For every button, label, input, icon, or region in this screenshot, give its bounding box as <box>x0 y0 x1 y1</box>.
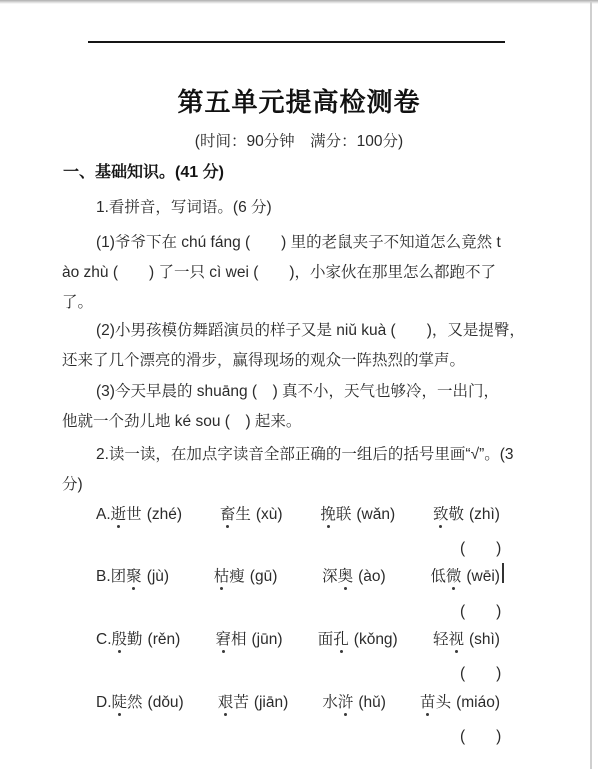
answer-blank-d[interactable]: ( ) <box>460 724 501 746</box>
dotted-char: 聚 <box>126 564 142 586</box>
option-word: D.陡然(dǒu) <box>96 690 184 712</box>
option-label: D. <box>96 694 112 711</box>
q1-prompt: 1.看拼音，写词语。(6 分) <box>96 195 272 217</box>
page-subtitle: (时间：90分钟 满分：100分) <box>0 129 598 151</box>
pinyin-text: (rěn) <box>148 631 181 648</box>
option-word: 畜生(xù) <box>220 502 283 524</box>
text-cursor <box>502 563 504 583</box>
option-word: C.殷勤(rěn) <box>96 627 180 649</box>
dotted-char: 微 <box>446 564 462 586</box>
word-text: 然 <box>127 694 143 711</box>
word-text: 面 <box>318 631 334 648</box>
option-row-b: B.团聚(jù) 枯瘦(gū) 深奥(ào) 低微(wēi) <box>96 564 500 586</box>
dotted-char: 窘 <box>215 627 231 649</box>
pinyin-text: (wǎn) <box>356 506 395 523</box>
dotted-char: 孔 <box>333 627 349 649</box>
section-heading: 一、基础知识。(41 分) <box>63 159 224 182</box>
pinyin-text: (zhì) <box>469 506 500 523</box>
dotted-char: 苗 <box>420 690 436 712</box>
window-top-edge <box>0 0 598 4</box>
option-word: 致敬(zhì) <box>433 502 500 524</box>
pinyin-text: (gū) <box>250 568 278 585</box>
dotted-char: 挽 <box>320 502 336 524</box>
dotted-char: 致 <box>433 502 449 524</box>
word-text: 团 <box>111 568 127 585</box>
pinyin-text: (jù) <box>147 568 169 585</box>
pinyin-text: (jūn) <box>252 631 283 648</box>
word-text: 头 <box>436 694 452 711</box>
page-title: 第五单元提高检测卷 <box>0 82 598 119</box>
word-text: 联 <box>336 506 352 523</box>
pinyin-text: (jiān) <box>254 694 288 711</box>
document-page[interactable]: 第五单元提高检测卷 (时间：90分钟 满分：100分) 一、基础知识。(41 分… <box>0 0 598 769</box>
word-text: 水 <box>322 694 338 711</box>
q1-para2-line1: (2)小男孩模仿舞蹈演员的样子又是 niǔ kuà ( )，又是提臀， <box>96 318 525 340</box>
option-word: A.逝世(zhé) <box>96 502 182 524</box>
option-row-a: A.逝世(zhé) 畜生(xù) 挽联(wǎn) 致敬(zhì) <box>96 502 500 524</box>
pinyin-text: (wēi) <box>466 568 500 585</box>
option-word: 苗头(miáo) <box>420 690 500 712</box>
pinyin-text: (shì) <box>469 631 500 648</box>
dotted-char: 浒 <box>338 690 354 712</box>
pinyin-text: (ào) <box>358 568 386 585</box>
dotted-char: 视 <box>448 627 464 649</box>
word-text: 世 <box>126 506 142 523</box>
option-word: 挽联(wǎn) <box>320 502 395 524</box>
dotted-char: 畜 <box>220 502 236 524</box>
pinyin-text: (dǒu) <box>148 694 184 711</box>
option-word: 枯瘦(gū) <box>214 564 278 586</box>
option-word: 深奥(ào) <box>322 564 386 586</box>
word-text: 深 <box>322 568 338 585</box>
q2-prompt-line1: 2.读一读，在加点字读音全部正确的一组后的括号里画“√”。(3 <box>96 442 514 464</box>
answer-blank-a[interactable]: ( ) <box>460 536 501 558</box>
word-text: 瘦 <box>229 568 245 585</box>
dotted-char: 奥 <box>338 564 354 586</box>
option-word: 低微(wēi) <box>430 564 500 586</box>
option-word: 艰苦(jiān) <box>218 690 288 712</box>
dotted-char: 陡 <box>112 690 128 712</box>
dotted-char: 逝 <box>111 502 127 524</box>
dotted-char: 艰 <box>218 690 234 712</box>
q1-para2-line2: 还来了几个漂亮的滑步，赢得现场的观众一阵热烈的掌声。 <box>62 348 465 370</box>
option-word: 窘相(jūn) <box>215 627 282 649</box>
q1-para1-line2: ào zhù ( ) 了一只 cì wei ( )，小家伙在那里怎么都跑不了 <box>62 260 496 282</box>
option-word: B.团聚(jù) <box>96 564 169 586</box>
option-word: 面孔(kǒng) <box>318 627 398 649</box>
option-row-d: D.陡然(dǒu) 艰苦(jiān) 水浒(hǔ) 苗头(miáo) <box>96 690 500 712</box>
option-word: 水浒(hǔ) <box>322 690 386 712</box>
option-label: C. <box>96 631 112 648</box>
word-text: 生 <box>235 506 251 523</box>
pinyin-text: (hǔ) <box>358 694 386 711</box>
pinyin-text: (xù) <box>256 506 283 523</box>
answer-blank-c[interactable]: ( ) <box>460 661 501 683</box>
header-rule <box>88 41 505 43</box>
dotted-char: 殷 <box>112 627 128 649</box>
word-text: 勤 <box>127 631 143 648</box>
word-text: 轻 <box>433 631 449 648</box>
option-row-c: C.殷勤(rěn) 窘相(jūn) 面孔(kǒng) 轻视(shì) <box>96 627 500 649</box>
answer-blank-b[interactable]: ( ) <box>460 599 501 621</box>
q1-para1-line3: 了。 <box>62 290 93 312</box>
pinyin-text: (kǒng) <box>354 631 398 648</box>
word-text: 苦 <box>233 694 249 711</box>
dotted-char: 枯 <box>214 564 230 586</box>
option-word: 轻视(shì) <box>433 627 500 649</box>
option-label: B. <box>96 568 111 585</box>
q2-prompt-line2: 分) <box>62 472 83 494</box>
option-label: A. <box>96 506 111 523</box>
q1-para1-line1: (1)爷爷下在 chú fáng ( ) 里的老鼠夹子不知道怎么竟然 t <box>96 230 501 252</box>
word-text: 相 <box>231 631 247 648</box>
word-text: 低 <box>430 568 446 585</box>
q1-para3-line2: 他就一个劲儿地 ké sou ( ) 起来。 <box>62 409 301 431</box>
pinyin-text: (miáo) <box>456 694 500 711</box>
word-text: 敬 <box>448 506 464 523</box>
pinyin-text: (zhé) <box>147 506 182 523</box>
q1-para3-line1: (3)今天早晨的 shuāng ( ) 真不小，天气也够冷，一出门， <box>96 379 499 401</box>
